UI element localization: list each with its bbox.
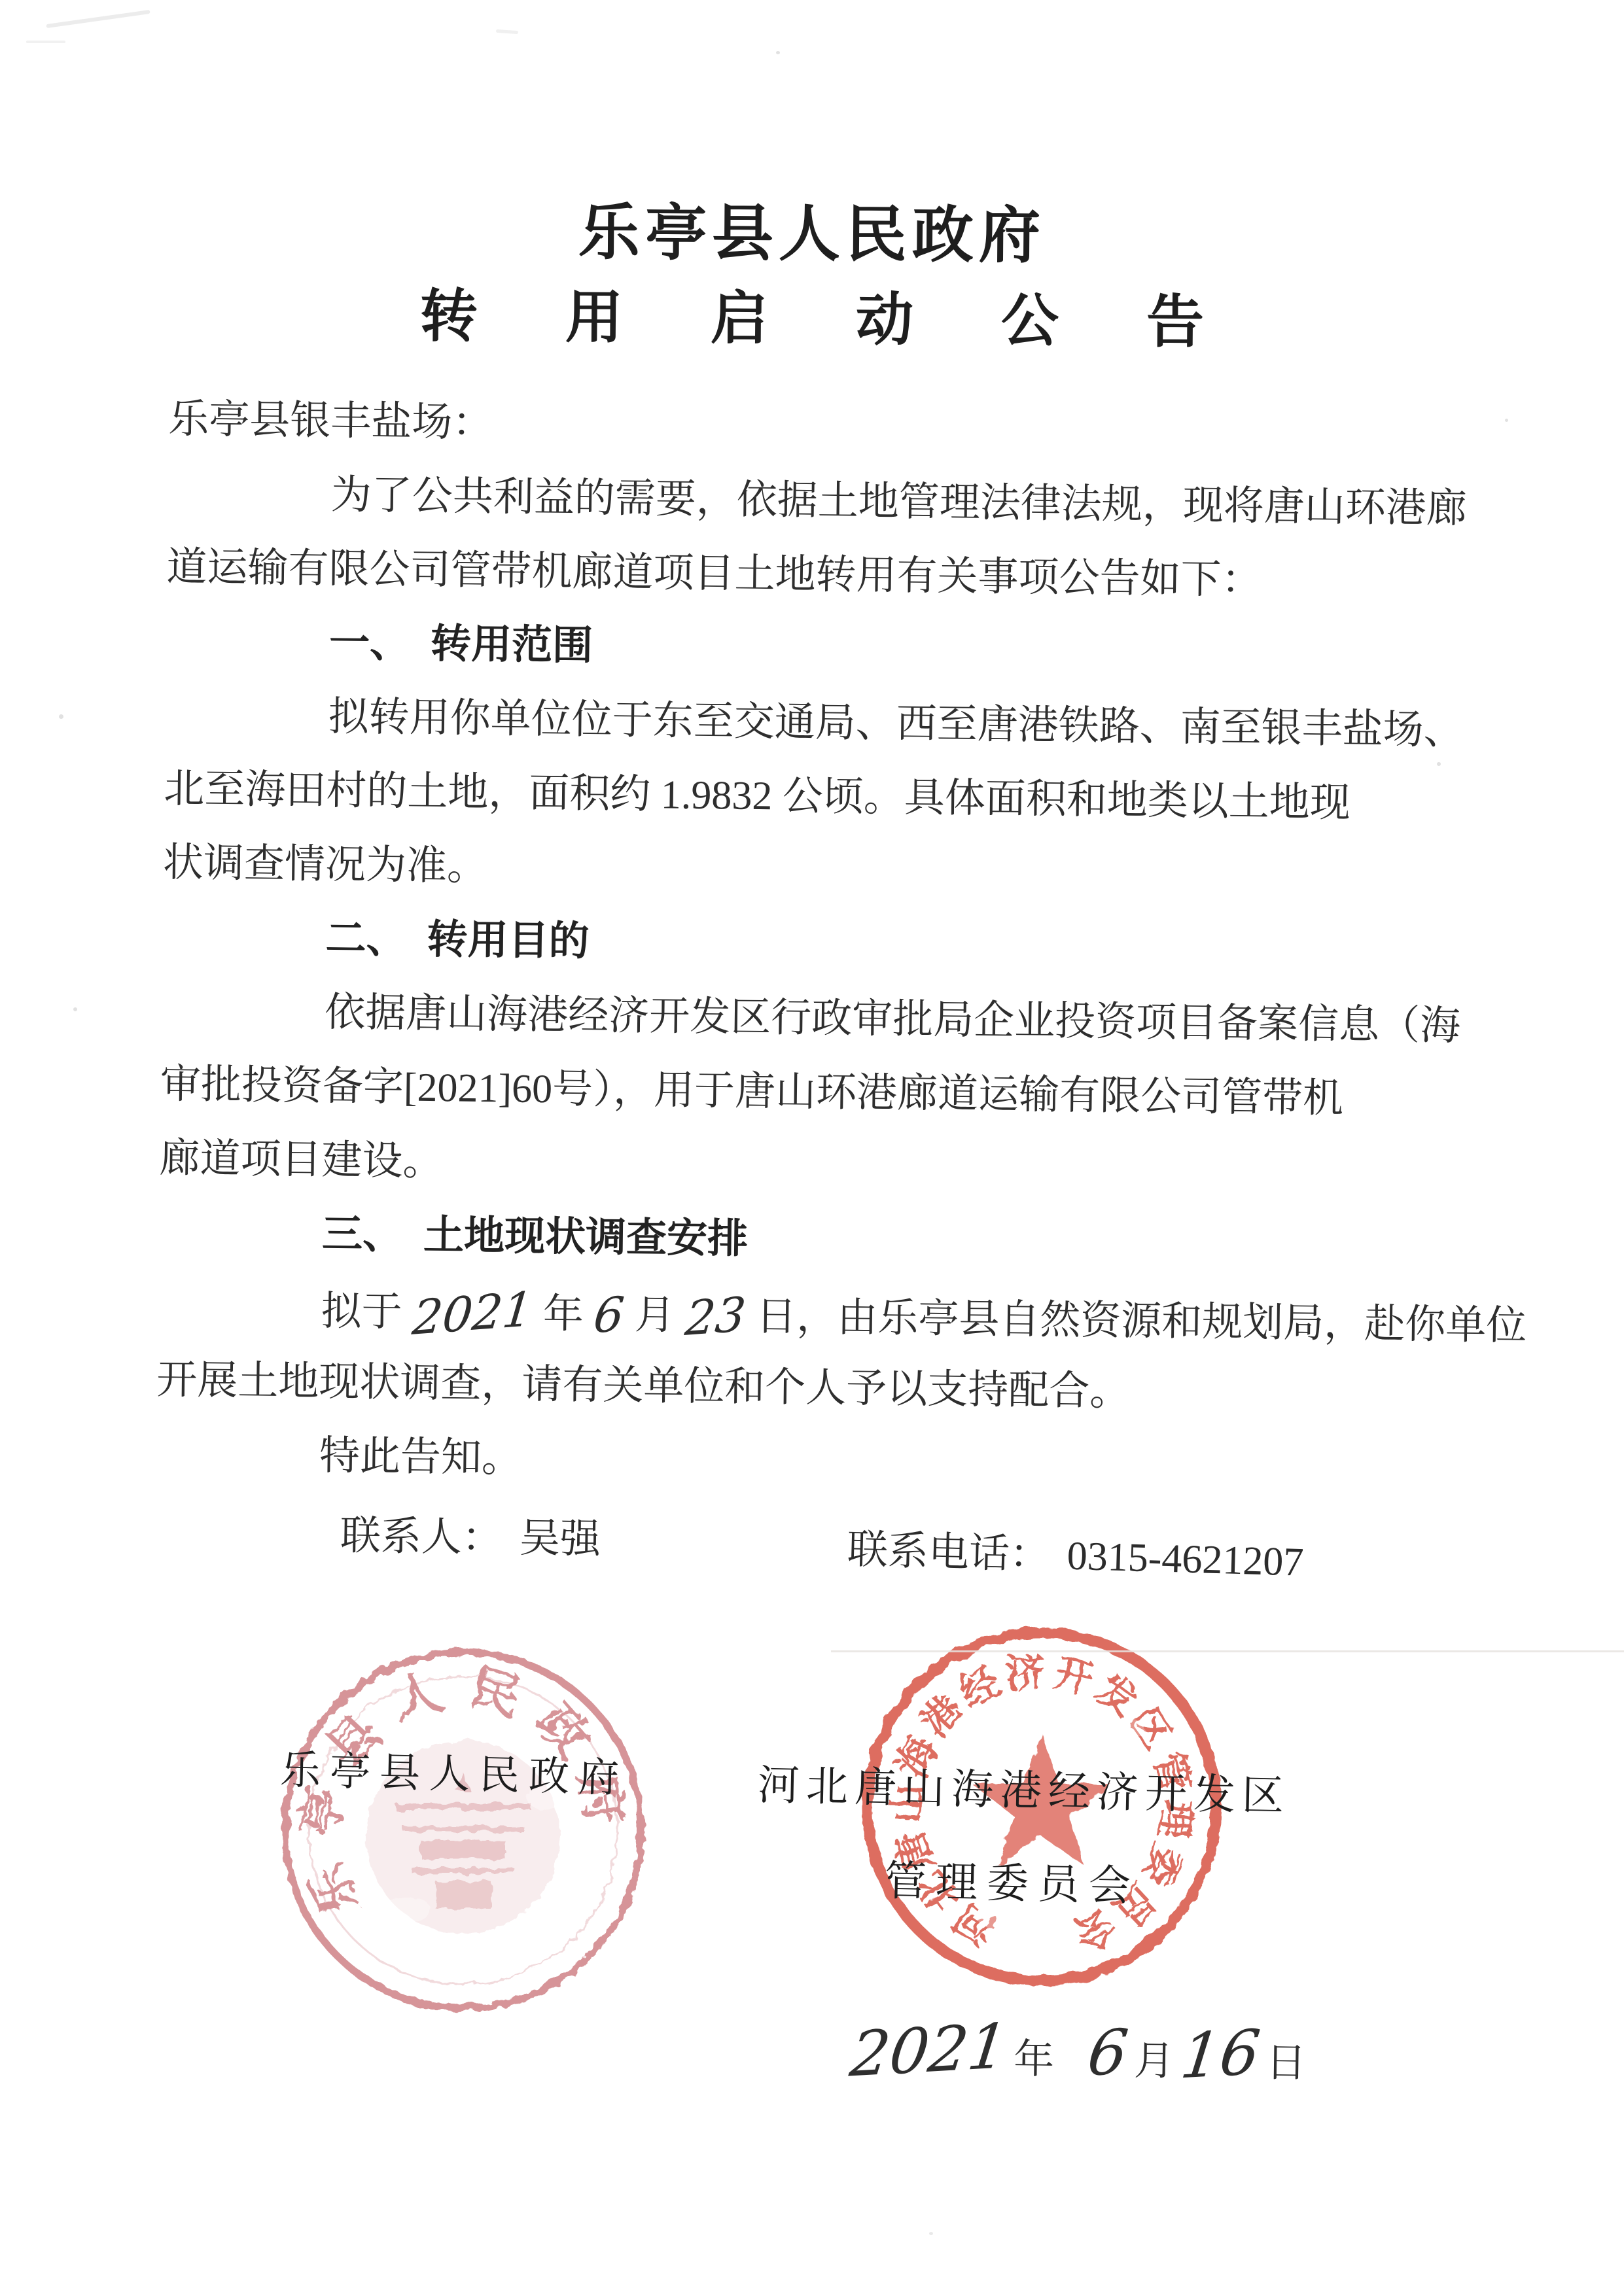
seal-wear-mark [378, 1897, 431, 1921]
spacer [1050, 1569, 1067, 1569]
scan-speck [929, 2232, 933, 2235]
official-seal-left: 乐亭县人民政府 [267, 1634, 660, 2026]
handwritten-footer-year: 2021 [847, 2016, 1011, 2087]
document-title-line1: 乐亭县人民政府 [0, 198, 1624, 271]
scan-smudge [46, 10, 150, 28]
document-page: 乐亭县人民政府 转 用 启 动 公 告 乐亭县银丰盐场： 为了公共利益的需要，依… [0, 0, 1624, 2296]
footer-year-unit: 年 [1014, 2026, 1055, 2085]
handwritten-footer-day: 16 [1178, 2022, 1263, 2088]
contact-phone-label: 联系电话： [847, 1527, 1051, 1578]
signature-right-line2: 管理委员会 [884, 1860, 1140, 1907]
document-body: 乐亭县银丰盐场： 为了公共利益的需要，依据土地管理法律法规，现将唐山环港廊 道运… [155, 383, 1451, 1507]
contact-person-label: 联系人： [340, 1514, 503, 1560]
contact-phone: 联系电话：0315-4621207 [847, 1516, 1305, 1587]
month-unit: 月 [634, 1293, 675, 1338]
seal-wear-mark [978, 1905, 1040, 1931]
handwritten-day: 23 [682, 1277, 749, 1356]
scan-speck [1505, 419, 1508, 422]
contact-person: 联系人：吴强 [340, 1503, 601, 1565]
section-3-printed-prefix: 拟于 [321, 1289, 402, 1335]
scan-line [831, 1650, 1624, 1652]
document-title-line2: 转 用 启 动 公 告 [0, 285, 1624, 355]
footer-month-unit: 月 [1133, 2028, 1174, 2087]
section-3-printed-rest: 日，由乐亭县自然资源和规划局，赴你单位 [756, 1295, 1527, 1348]
handwritten-footer-month: 6 [1085, 2021, 1131, 2085]
scan-speck [59, 714, 63, 719]
signature-left: 乐亭县人民政府 [279, 1750, 628, 1800]
year-unit: 年 [542, 1292, 584, 1337]
handwritten-month: 6 [590, 1277, 627, 1354]
footer-day-unit: 日 [1265, 2030, 1307, 2089]
contact-person-name: 吴强 [519, 1516, 601, 1562]
seal-wear-mark [465, 1934, 546, 1962]
handwritten-year: 2021 [409, 1272, 536, 1355]
signature-right-line1: 河北唐山海港经济开发区 [757, 1764, 1290, 1817]
closing-line: 特此告知。 [155, 1418, 1438, 1507]
spacer [1061, 2074, 1088, 2074]
scan-speck [776, 51, 780, 54]
contact-phone-number: 0315-4621207 [1067, 1534, 1304, 1585]
scan-speck [73, 1007, 77, 1011]
seal-wear-mark [1097, 1718, 1144, 1739]
scan-speck [1437, 762, 1441, 766]
document-date: 2021年6月16日 [850, 2019, 1313, 2089]
scan-smudge [26, 41, 65, 43]
scan-smudge [496, 29, 518, 34]
